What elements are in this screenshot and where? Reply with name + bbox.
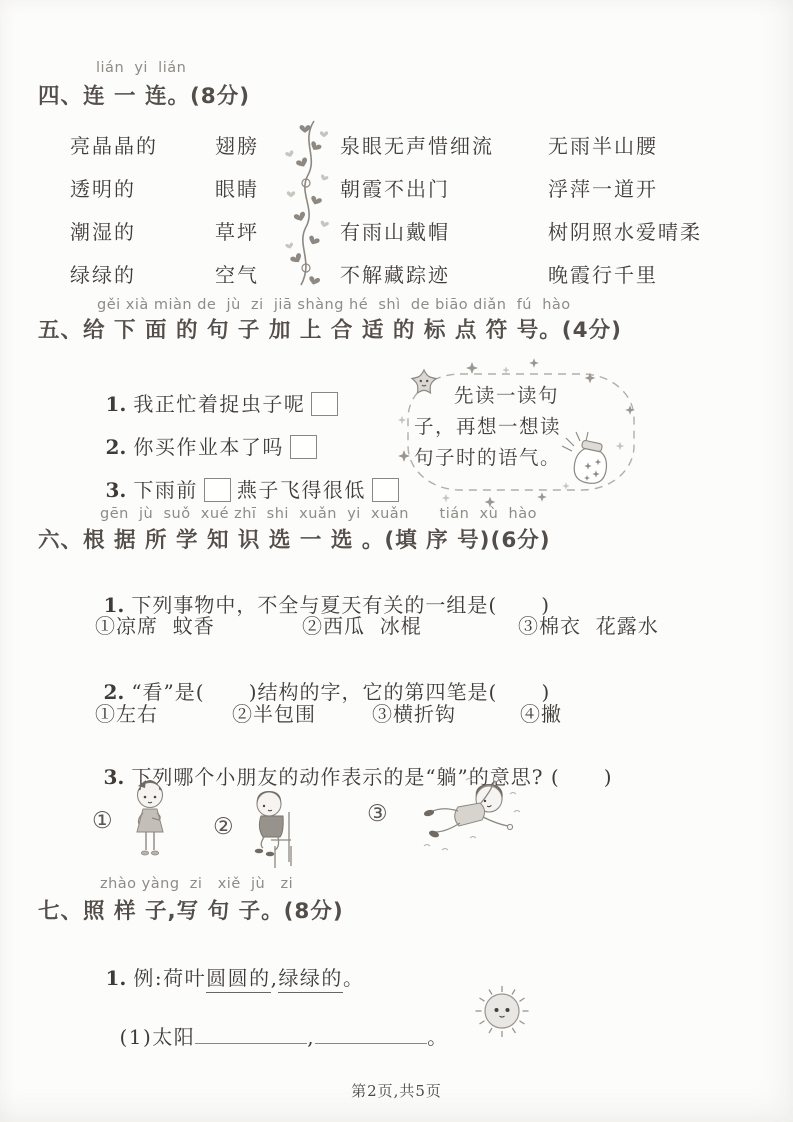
example-prefix: 例:荷叶 (133, 966, 206, 990)
match-item[interactable]: 泉眼无声惜细流 (340, 123, 494, 166)
option[interactable]: ②半包围 (232, 698, 316, 727)
section-five-pinyin: gěi xià miàn de jù zi jiā shàng hé shì d… (97, 297, 571, 313)
tip-line: 先读一读句 (414, 380, 620, 411)
match-item[interactable]: 翅膀 (215, 123, 259, 166)
answer-blank[interactable] (315, 1024, 427, 1044)
section-six-pinyin: gēn jù suǒ xué zhī shi xuǎn yi xuǎn tián… (100, 506, 537, 522)
match-item[interactable]: 潮湿的 (70, 209, 158, 252)
example-period: 。 (343, 966, 365, 990)
page-footer: 第2页,共5页 (0, 1080, 793, 1101)
item-comma: , (307, 1025, 315, 1049)
match-item[interactable]: 有雨山戴帽 (340, 209, 494, 252)
section-five-title: 五、给 下 面 的 句 子 加 上 合 适 的 标 点 符 号。(4分) (38, 313, 622, 344)
answer-blank[interactable] (195, 1024, 307, 1044)
item-period: 。 (427, 1025, 449, 1049)
example-underlined-word: 圆圆的 (206, 966, 271, 993)
boy-sitting-illustration (243, 786, 309, 878)
option[interactable]: ②西瓜 冰棍 (302, 610, 422, 639)
match-item[interactable]: 无雨半山腰 (548, 123, 702, 166)
match-item[interactable]: 朝霞不出门 (340, 166, 494, 209)
section-seven-title: 七、照 样 子,写 句 子。(8分) (38, 894, 344, 925)
match-item[interactable]: 浮萍一道开 (548, 166, 702, 209)
question-text: “看”是( )结构的字，它的第四笔是( ) (131, 680, 550, 704)
example-underlined-word: 绿绿的 (278, 966, 343, 993)
figure-2-label[interactable]: ② (213, 814, 234, 840)
sentence-text: 下雨前 (133, 478, 198, 502)
option[interactable]: ①左右 (95, 698, 158, 727)
item-label: (1)太阳 (119, 1025, 195, 1049)
option[interactable]: ③横折钩 (372, 698, 456, 727)
section-six-title: 六、根 据 所 学 知 识 选 一 选 。(填 序 号)(6分) (38, 523, 551, 554)
section-four-title: 四、连 一 连。(8分) (38, 79, 250, 110)
match-item[interactable]: 亮晶晶的 (70, 123, 158, 166)
write-sentence-item-1: (1)太阳,。 (88, 997, 449, 1074)
match-column-adjectives: 亮晶晶的 透明的 潮湿的 绿绿的 (70, 123, 158, 295)
option[interactable]: ③棉衣 花露水 (518, 610, 659, 639)
match-item[interactable]: 透明的 (70, 166, 158, 209)
option[interactable]: ①凉席 蚊香 (95, 610, 215, 639)
match-item[interactable]: 草坪 (215, 209, 259, 252)
question-text: 下列哪个小朋友的动作表示的是“躺”的意思? ( ) (131, 765, 612, 789)
tip-line: 子，再想一想读 (414, 411, 620, 442)
section-four-pinyin: lián yi lián (96, 60, 186, 76)
smiling-sun-icon (470, 980, 536, 1048)
match-column-proverbs-right: 无雨半山腰 浮萍一道开 树阴照水爱晴柔 晚霞行千里 (548, 123, 702, 295)
match-item[interactable]: 眼睛 (215, 166, 259, 209)
question-number: 3. (103, 765, 124, 789)
girl-standing-illustration (124, 776, 176, 874)
tip-text: 先读一读句 子，再想一想读 句子时的语气。 (414, 380, 620, 473)
sentence-number: 3. (105, 478, 126, 502)
match-item[interactable]: 树阴照水爱晴柔 (548, 209, 702, 252)
match-column-proverbs-left: 泉眼无声惜细流 朝霞不出门 有雨山戴帽 不解藏踪迹 (340, 123, 494, 295)
match-item[interactable]: 空气 (215, 252, 259, 295)
tip-line: 句子时的语气。 (414, 442, 620, 473)
match-item[interactable]: 不解藏踪迹 (340, 252, 494, 295)
test-paper-page: lián yi lián 四、连 一 连。(8分) 亮晶晶的 透明的 潮湿的 绿… (0, 0, 793, 1122)
figure-3-label[interactable]: ③ (367, 801, 388, 827)
match-column-nouns: 翅膀 眼睛 草坪 空气 (215, 123, 259, 295)
sentence-text: 燕子飞得很低 (237, 478, 366, 502)
figure-1-label[interactable]: ① (92, 808, 113, 834)
punctuation-answer-box[interactable] (204, 478, 231, 502)
option[interactable]: ④撇 (520, 698, 562, 727)
example-number: 1. (105, 966, 126, 990)
tip-bubble: 先读一读句 子，再想一想读 句子时的语气。 (394, 358, 648, 514)
match-item[interactable]: 绿绿的 (70, 252, 158, 295)
heart-vine-icon (281, 118, 329, 294)
boy-lying-illustration (396, 772, 526, 870)
match-item[interactable]: 晚霞行千里 (548, 252, 702, 295)
section-seven-pinyin: zhào yàng zi xiě jù zi (100, 876, 293, 892)
